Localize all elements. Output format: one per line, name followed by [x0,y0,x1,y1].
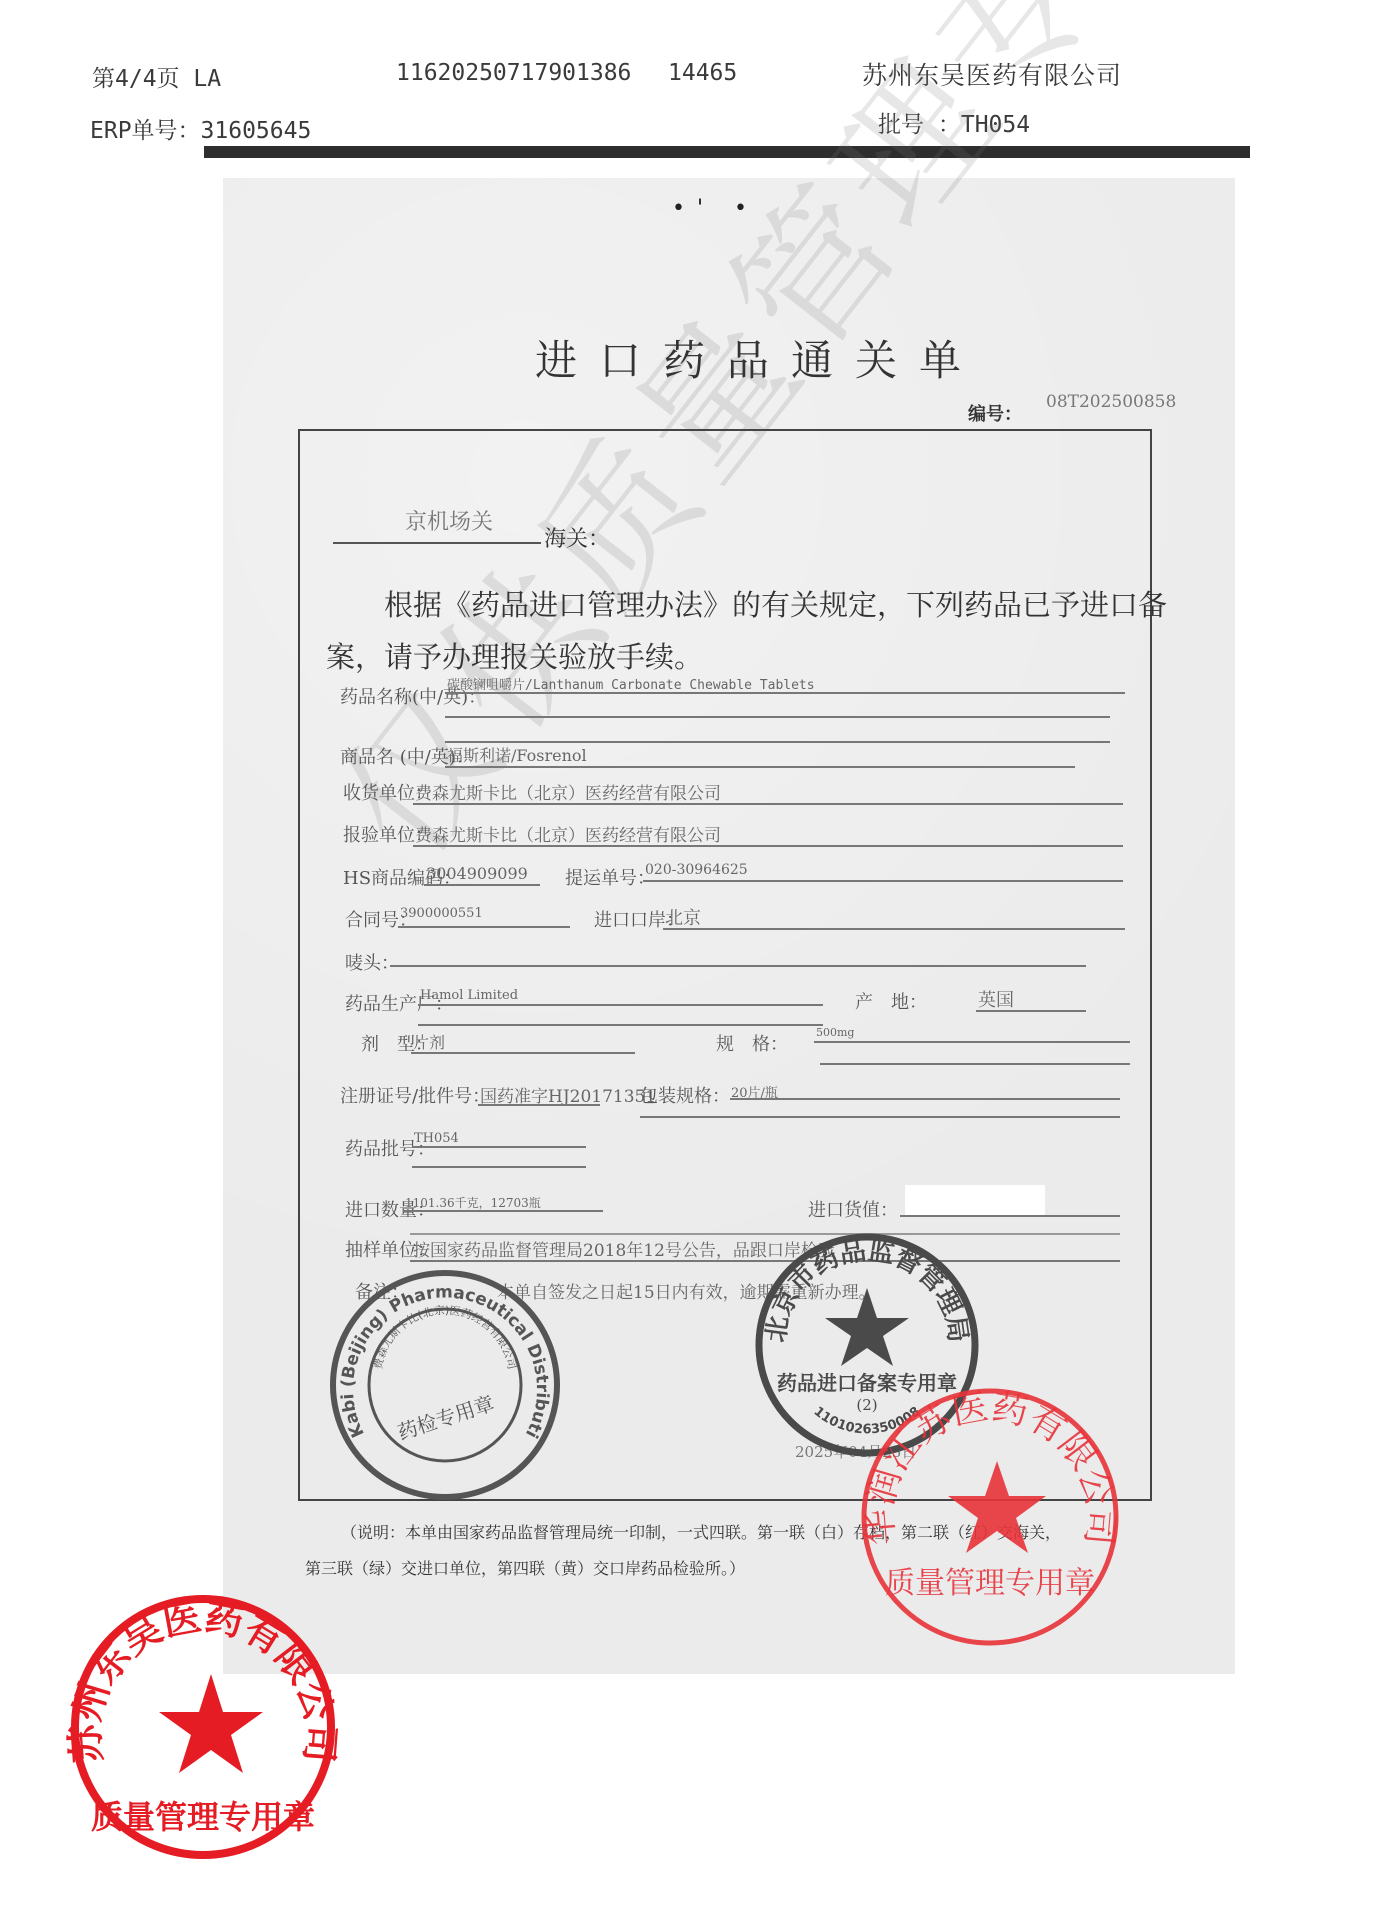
lot-value: TH054 [414,1131,459,1146]
dongwu-quality-stamp: 苏州东吴医药有限公司 质量管理专用章 [68,1592,338,1862]
drug-name-value: 碳酸镧咀嚼片/Lanthanum Carbonate Chewable Tabl… [447,674,815,693]
package-label: 包装规格： [640,1082,730,1108]
customs-suffix: 海关： [544,522,610,553]
origin-label: 产 地： [855,988,927,1014]
manufacturer-underline-2 [418,1024,823,1026]
customs-underline [333,542,541,544]
header-divider [204,146,1250,158]
origin-underline [976,1010,1086,1012]
manufacturer-value: Hamol Limited [420,988,518,1003]
huarun-stamp-center-text: 质量管理专用章 [885,1566,1095,1601]
erp-value: 31605645 [201,118,312,144]
erp-label: ERP单号： [90,118,201,144]
consignee-underline [413,803,1123,805]
dongwu-stamp-center-text: 质量管理专用章 [91,1798,315,1836]
erp-number: ERP单号：31605645 [90,112,311,145]
fresenius-stamp-center-text: 药检专用章 [395,1391,498,1445]
lot-underline-2 [412,1166,586,1168]
shipping-mark-underline [390,965,1086,967]
contract-underline [398,926,570,928]
value-label: 进口货值： [808,1196,898,1222]
document-code: 14465 [668,60,737,86]
document-title: 进口药品通关单 [535,328,983,388]
drug-name-underline-2 [445,716,1110,718]
fresenius-inspection-stamp: Fresenius Kabi (Beijing) Pharmaceutical … [325,1265,565,1505]
inspection-applicant-value: 费森尤斯卡比（北京）医药经营有限公司 [415,821,721,846]
serial-label: 编号： [968,400,1022,426]
page-indicator: 第4/4页 LA [92,60,221,93]
strength-value: 500mg [816,1026,854,1039]
inspection-applicant-underline [413,845,1123,847]
redacted-value-box [905,1185,1045,1215]
port-value: 北京 [665,904,701,930]
package-underline [730,1098,1120,1100]
registration-underline [478,1104,600,1106]
bill-of-lading-label: 提运单号： [565,864,655,890]
serial-number: 08T202500858 [1046,392,1176,412]
explanation-line-2: 第三联（绿）交进口单位，第四联（黄）交口岸药品检验所。） [305,1556,745,1579]
origin-value: 英国 [978,986,1014,1012]
lot-underline [412,1146,586,1148]
contract-value: 3900000551 [400,906,483,921]
quantity-underline [403,1210,603,1212]
trade-name-underline [445,766,1075,768]
manufacturer-underline [418,1004,823,1006]
registration-label: 注册证号/批件号： [340,1082,490,1108]
value-underline [900,1215,1120,1217]
dosage-form-value: 片剂 [413,1030,445,1053]
customs-office: 京机场关 [405,505,493,536]
bill-of-lading-value: 020-30964625 [645,862,748,878]
huarun-jiangsu-quality-stamp: 华润江苏医药有限公司 质量管理专用章 [858,1385,1122,1649]
trade-name-value: 福斯利诺/Fosrenol [447,743,587,766]
intro-line-1: 根据《药品进口管理办法》的有关规定，下列药品已予进口备 [384,583,1167,624]
intro-line-2: 案，请予办理报关验放手续。 [326,635,703,676]
drug-name-underline [445,692,1125,694]
dosage-form-underline [411,1052,635,1054]
quantity-value: 1101.36千克，12703瓶 [405,1194,541,1211]
shipping-mark-label: 唛头： [345,949,399,975]
strength-label: 规 格： [716,1030,788,1056]
consignee-value: 费森尤斯卡比（北京）医药经营有限公司 [415,779,721,804]
document-number: 11620250717901386 [396,60,631,86]
bill-of-lading-underline [643,880,1123,882]
strength-underline-2 [820,1063,1130,1065]
package-underline-2 [640,1116,1120,1118]
port-underline [663,928,1125,930]
hs-code-value: 3004909099 [426,864,528,883]
strength-underline [814,1041,1130,1043]
hs-code-underline [424,884,540,886]
